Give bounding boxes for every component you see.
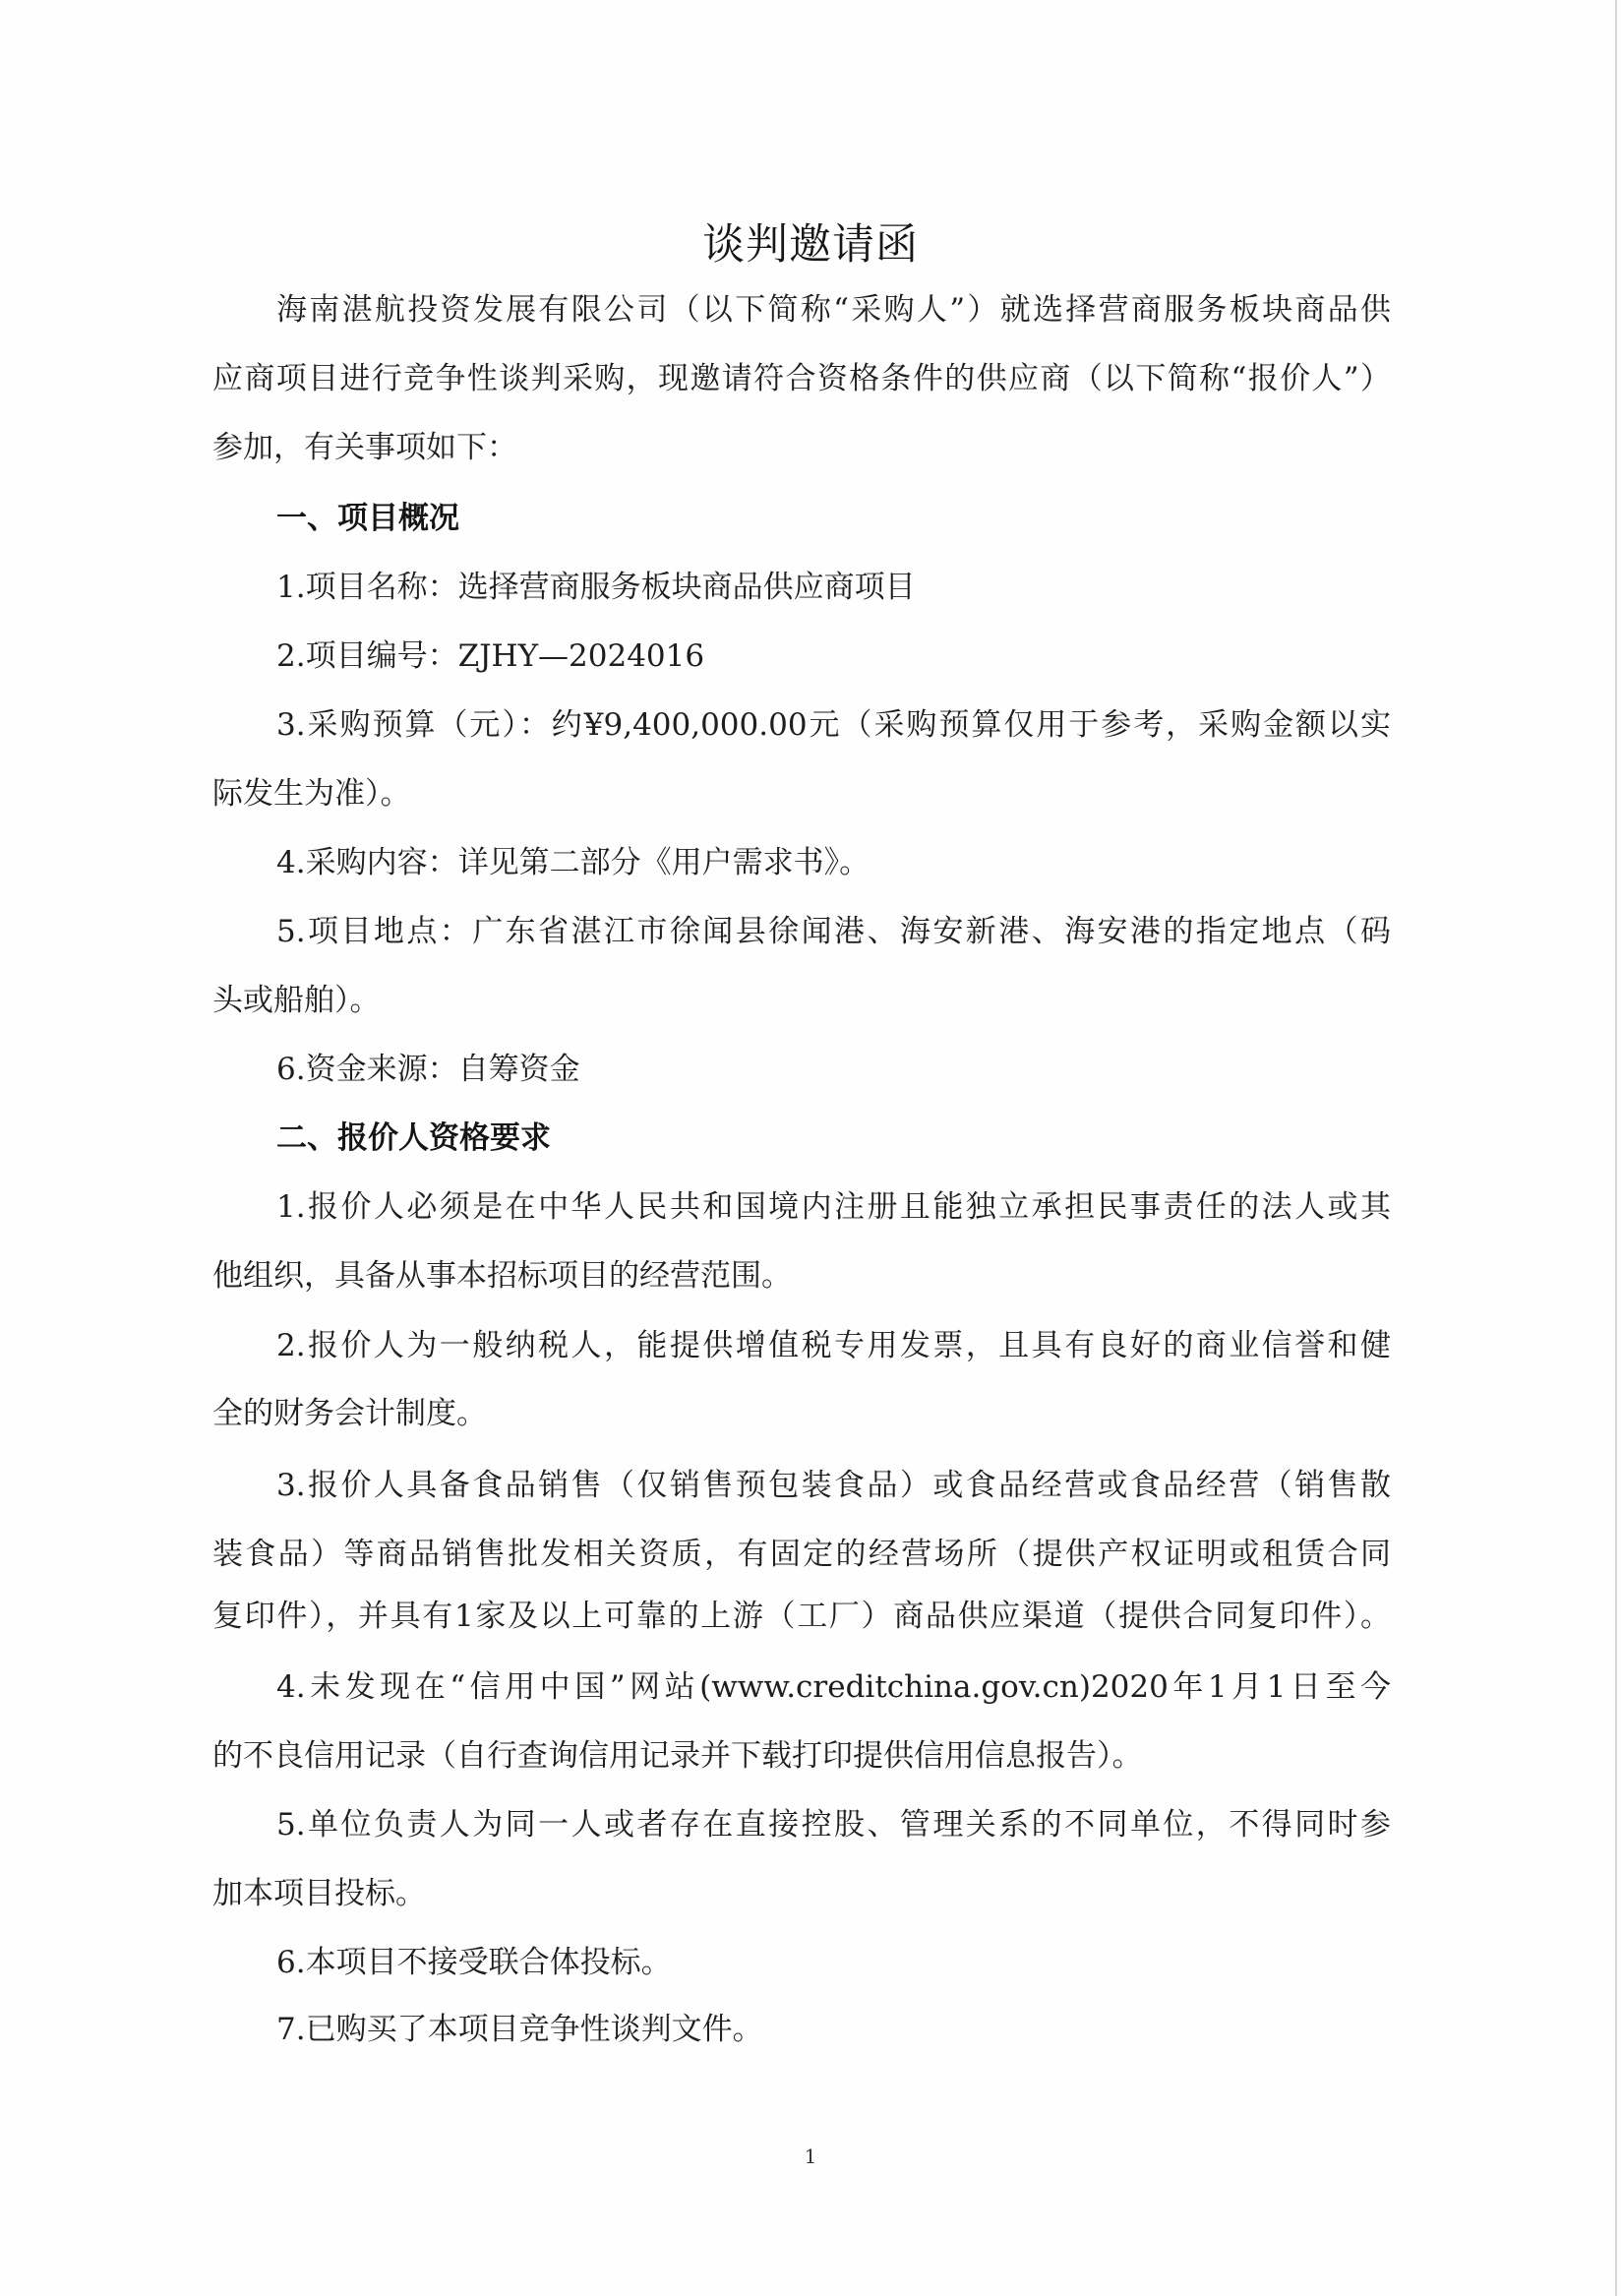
qual-item-2-cont: 全的财务会计制度。 [212, 1391, 1391, 1436]
intro-line-2: 应商项目进行竞争性谈判采购，现邀请符合资格条件的供应商（以下简称“报价人”） [212, 356, 1391, 401]
intro-line-3: 参加，有关事项如下： [212, 425, 1391, 470]
qual-item-4: 4.未发现在“信用中国”网站(www.creditchina.gov.cn)20… [276, 1664, 1391, 1710]
qual-item-5-cont: 加本项目投标。 [212, 1871, 1391, 1916]
scan-edge-line [1615, 0, 1617, 2296]
item-project-location-cont: 头或船舶）。 [212, 978, 1391, 1023]
document-page: 谈判邀请函 海南湛航投资发展有限公司（以下简称“采购人”）就选择营商服务板块商品… [0, 0, 1621, 2296]
item-funding-source: 6.资金来源：自筹资金 [276, 1047, 1391, 1092]
qual-item-7: 7.已购买了本项目竞争性谈判文件。 [276, 2007, 1391, 2052]
qual-item-4-cont: 的不良信用记录（自行查询信用记录并下载打印提供信用信息报告）。 [212, 1733, 1391, 1779]
page-number: 1 [0, 2143, 1621, 2170]
qual-item-1-cont: 他组织，具备从事本招标项目的经营范围。 [212, 1253, 1391, 1299]
qual-item-6: 6.本项目不接受联合体投标。 [276, 1940, 1391, 1985]
qual-item-1: 1.报价人必须是在中华人民共和国境内注册且能独立承担民事责任的法人或其 [276, 1184, 1391, 1230]
item-project-name: 1.项目名称：选择营商服务板块商品供应商项目 [276, 565, 1391, 610]
qual-item-3: 3.报价人具备食品销售（仅销售预包装食品）或食品经营或食品经营（销售散 [276, 1463, 1391, 1508]
qual-item-3-cont-2: 复印件），并具有1家及以上可靠的上游（工厂）商品供应渠道（提供合同复印件）。 [212, 1594, 1391, 1639]
section-heading-project-overview: 一、项目概况 [276, 496, 1391, 541]
qual-item-3-cont-1: 装食品）等商品销售批发相关资质，有固定的经营场所（提供产权证明或租赁合同 [212, 1532, 1391, 1577]
item-procurement-content: 4.采购内容：详见第二部分《用户需求书》。 [276, 840, 1391, 885]
qual-item-2: 2.报价人为一般纳税人，能提供增值税专用发票，且具有良好的商业信誉和健 [276, 1323, 1391, 1368]
item-project-location: 5.项目地点：广东省湛江市徐闻县徐闻港、海安新港、海安港的指定地点（码 [276, 909, 1391, 954]
item-budget: 3.采购预算（元）：约¥9,400,000.00元（采购预算仅用于参考，采购金额… [276, 702, 1391, 748]
intro-line-1: 海南湛航投资发展有限公司（以下简称“采购人”）就选择营商服务板块商品供 [276, 287, 1391, 332]
qual-item-5: 5.单位负责人为同一人或者存在直接控股、管理关系的不同单位，不得同时参 [276, 1802, 1391, 1847]
section-heading-qualifications: 二、报价人资格要求 [276, 1116, 1391, 1161]
item-budget-cont: 际发生为准）。 [212, 771, 1391, 816]
item-project-number: 2.项目编号：ZJHY—2024016 [276, 634, 1391, 679]
document-title: 谈判邀请函 [0, 218, 1621, 272]
